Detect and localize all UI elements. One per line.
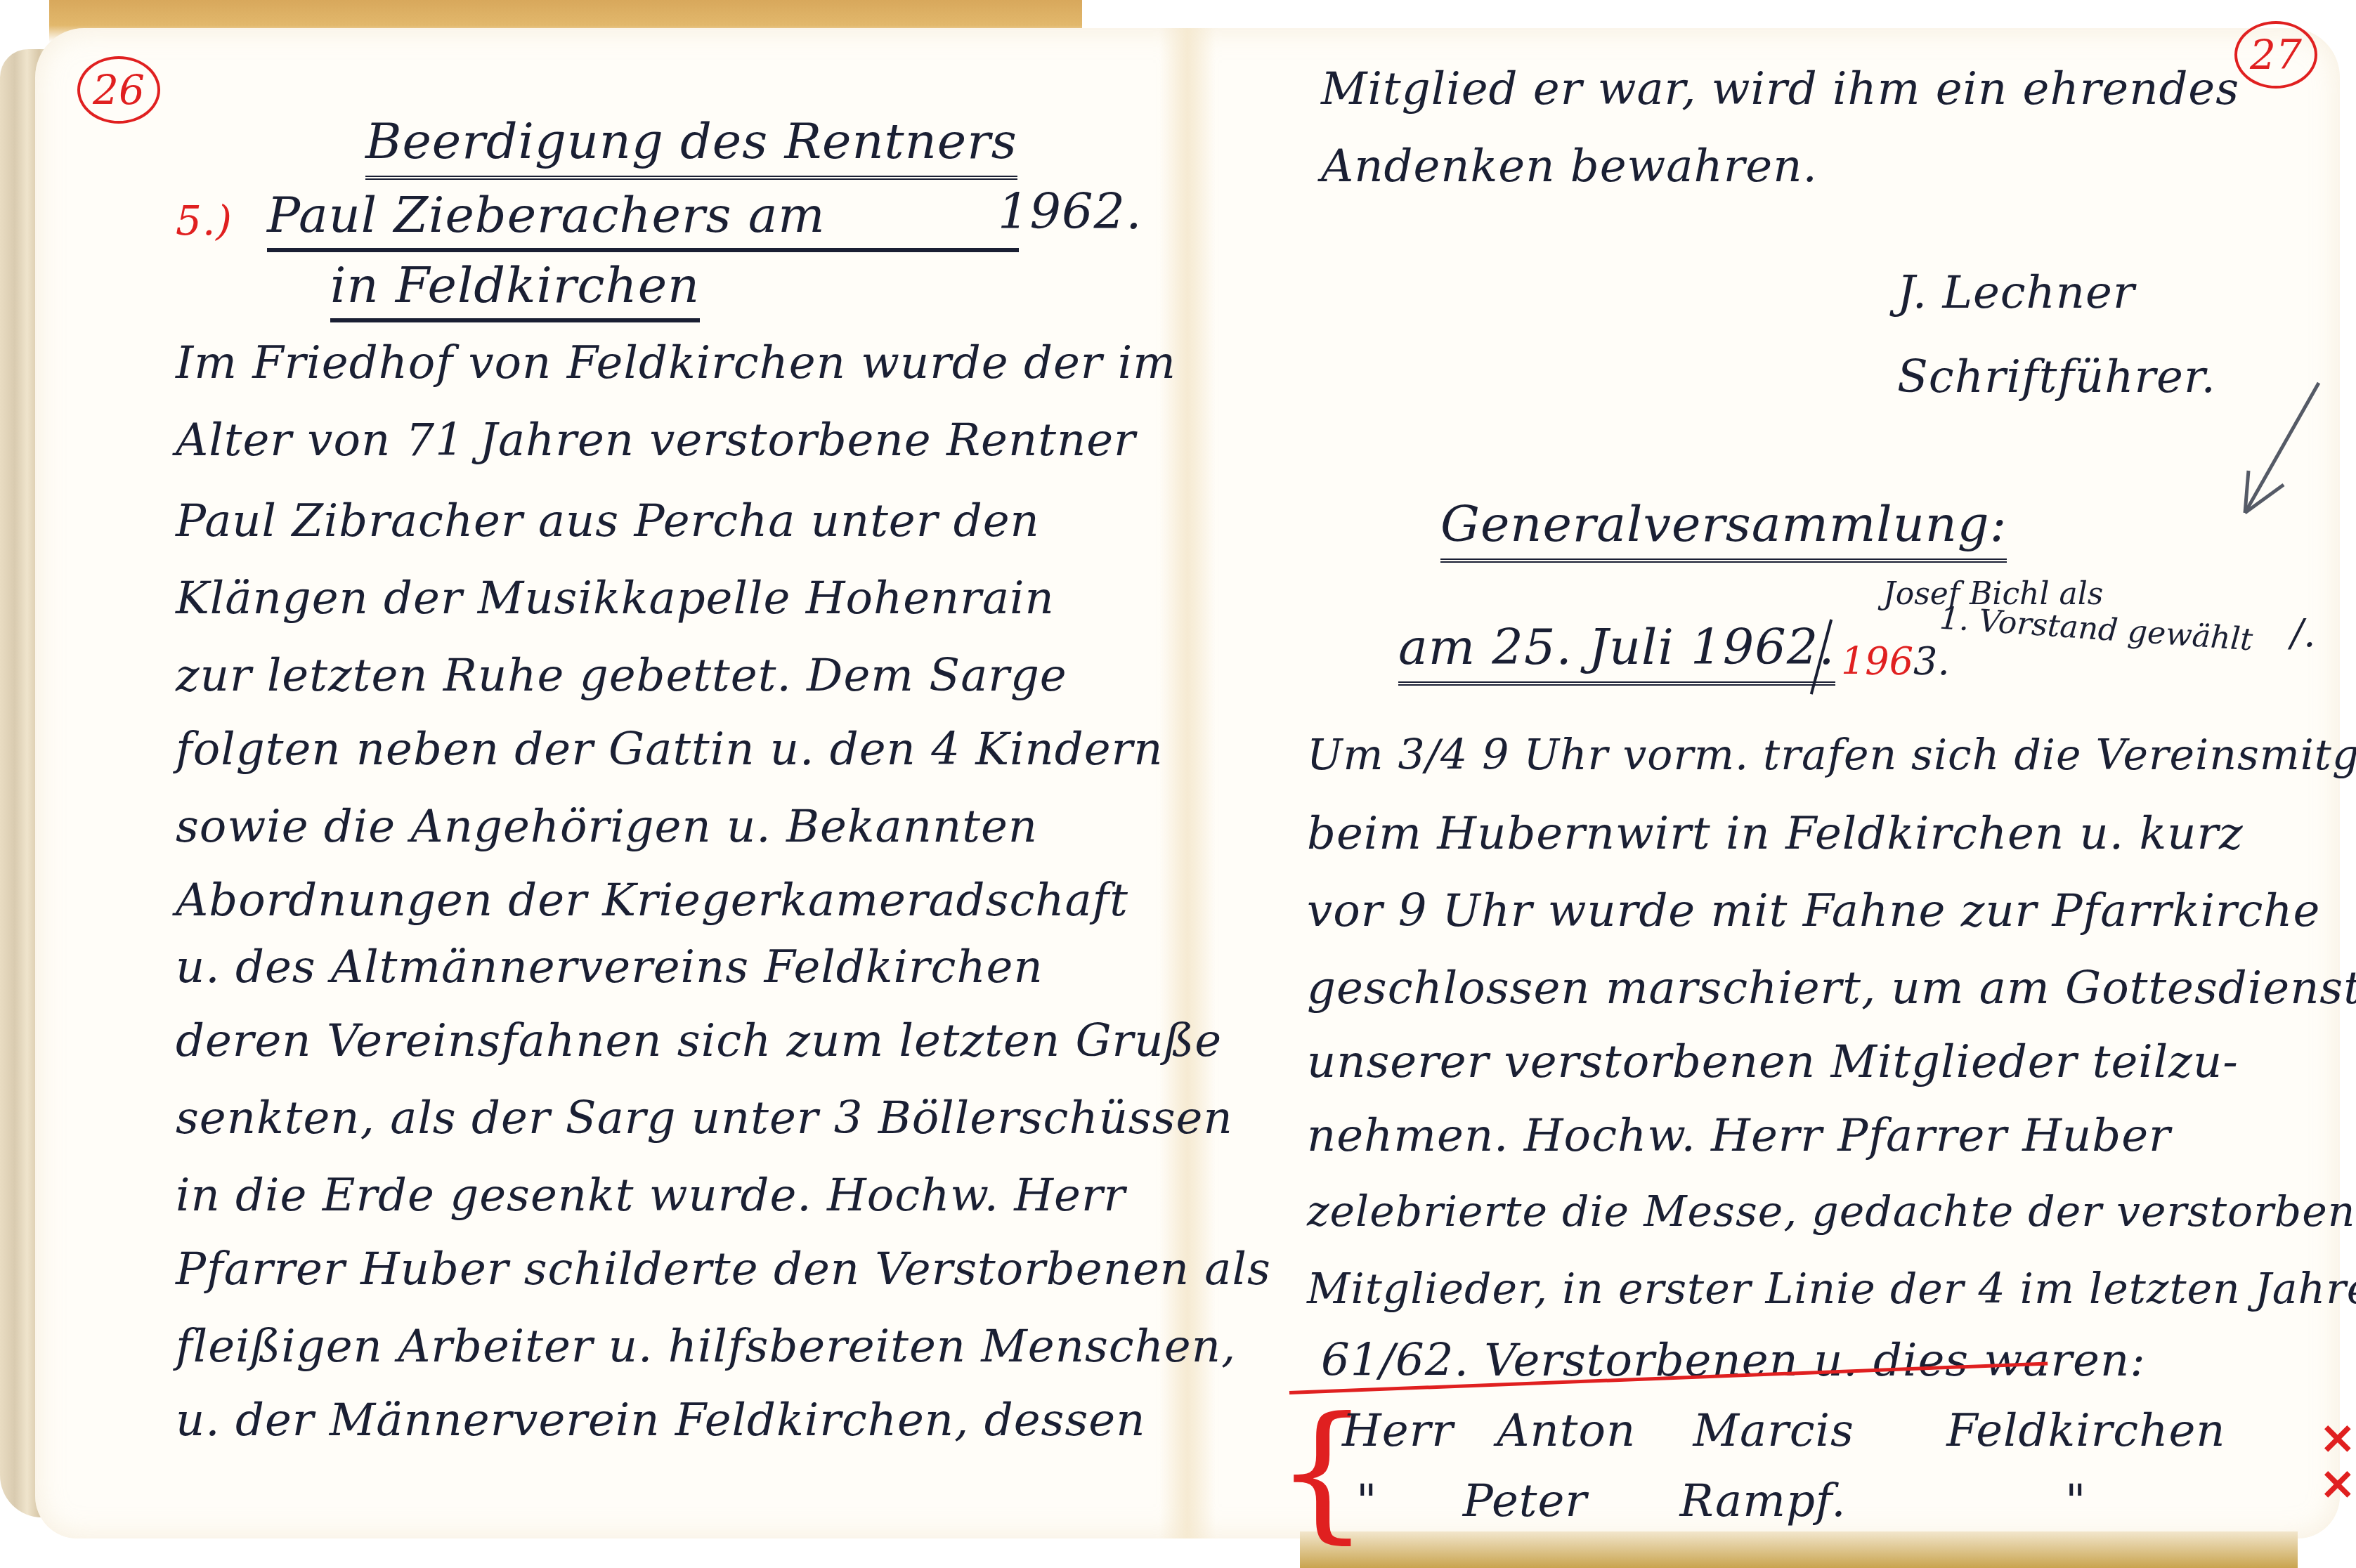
deceased-place: Feldkirchen [1946, 1405, 2225, 1457]
deceased-last-name: Rampf. [1679, 1475, 1846, 1527]
body-line: zelebrierte die Messe, gedachte der vers… [1307, 1187, 2356, 1236]
entry-title-line-2: Paul Zieberachers am [267, 186, 1019, 252]
body-line: vor 9 Uhr wurde mit Fahne zur Pfarrkirch… [1307, 885, 2320, 937]
body-line: deren Vereinsfahnen sich zum letzten Gru… [176, 1015, 1222, 1067]
body-line: Im Friedhof von Feldkirchen wurde der im [176, 337, 1176, 389]
body-line: Pfarrer Huber schilderte den Verstorbene… [176, 1243, 1271, 1295]
body-line: u. des Altmännervereins Feldkirchen [176, 941, 1043, 993]
signature-role: Schriftführer. [1897, 351, 2216, 403]
entry-title-line-1: Beerdigung des Rentners [365, 112, 1017, 180]
body-line: fleißigen Arbeiter u. hilfsbereiten Mens… [176, 1321, 1236, 1373]
body-line: geschlossen marschiert, um am Gottesdien… [1307, 962, 2356, 1014]
body-line: Um 3/4 9 Uhr vorm. trafen sich die Verei… [1307, 731, 2356, 780]
continuation-line: Andenken bewahren. [1321, 141, 1818, 192]
page-number-right: 27 [2234, 21, 2317, 89]
body-line: Mitglieder, in erster Linie der 4 im let… [1307, 1265, 2356, 1314]
body-line: sowie die Angehörigen u. Bekannten [176, 801, 1038, 853]
body-line: Paul Zibracher aus Percha unter den [176, 495, 1040, 547]
item-number: 5.) [176, 197, 233, 244]
deceased-place: " [2065, 1475, 2086, 1527]
arrow-down-left-icon [2234, 379, 2326, 520]
deceased-first-name: Peter [1463, 1475, 1587, 1527]
entry-year: 1962. [998, 183, 1142, 240]
continuation-line: Mitglied er war, wird ihm ein ehrendes [1321, 63, 2239, 115]
signature-name: J. Lechner [1897, 267, 2135, 319]
body-line: unserer verstorbenen Mitglieder teilzu- [1307, 1036, 2239, 1088]
section-title: Generalversammlung: [1440, 495, 2007, 563]
book-bottom-edge [1300, 1531, 2298, 1568]
book-spine [1159, 28, 1216, 1538]
red-x-mark: × [2319, 1458, 2356, 1510]
margin-note-year-red: 196 [1841, 639, 1913, 684]
margin-note-mark: /. [2291, 611, 2315, 655]
body-line: nehmen. Hochw. Herr Pfarrer Huber [1307, 1110, 2171, 1162]
deceased-prefix: Herr [1342, 1405, 1454, 1457]
page-number-left: 26 [77, 56, 160, 124]
red-x-mark: × [2319, 1412, 2356, 1464]
body-line: u. der Männerverein Feldkirchen, dessen [176, 1394, 1145, 1446]
entry-title-line-3: in Feldkirchen [330, 256, 700, 322]
section-date: am 25. Juli 1962. [1398, 618, 1835, 686]
body-line: senkten, als der Sarg unter 3 Böllerschü… [176, 1092, 1233, 1144]
deceased-row: " Peter Rampf. " [1356, 1475, 2086, 1527]
body-line: in die Erde gesenkt wurde. Hochw. Herr [176, 1170, 1126, 1222]
body-line: zur letzten Ruhe gebettet. Dem Sarge [176, 650, 1067, 702]
body-line: 61/62. Verstorbenen u. dies waren: [1321, 1335, 2146, 1387]
deceased-first-name: Anton [1497, 1405, 1636, 1457]
margin-note-year-suffix: 3. [1913, 639, 1950, 684]
body-line: Abordnungen der Kriegerkameradschaft [176, 875, 1128, 927]
deceased-row: Herr Anton Marcis Feldkirchen [1342, 1405, 2225, 1457]
body-line: beim Hubernwirt in Feldkirchen u. kurz [1307, 808, 2244, 860]
left-page [35, 28, 1187, 1538]
body-line: folgten neben der Gattin u. den 4 Kinder… [176, 724, 1163, 776]
deceased-last-name: Marcis [1693, 1405, 1854, 1457]
body-line: Klängen der Musikkapelle Hohenrain [176, 573, 1055, 625]
body-line: Alter von 71 Jahren verstorbene Rentner [176, 414, 1136, 466]
deceased-prefix: " [1356, 1475, 1377, 1527]
